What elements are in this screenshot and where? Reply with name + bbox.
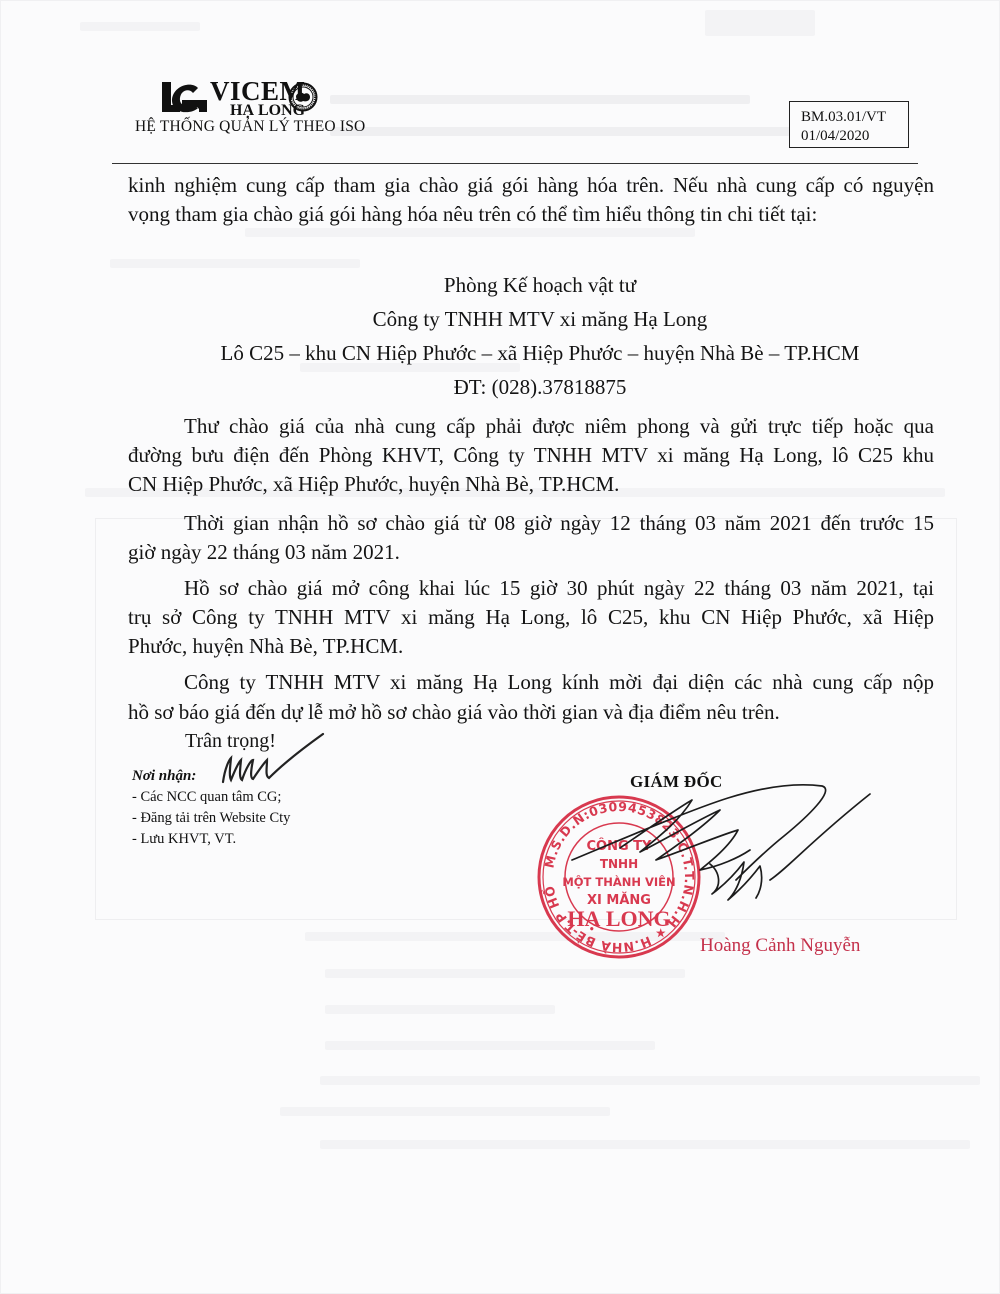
paragraph-line: Thư chào giá của nhà cung cấp phải được …	[128, 411, 934, 441]
recipient-item: - Lưu KHVT, VT.	[132, 831, 236, 848]
paragraph-line: hồ sơ báo giá đến dự lễ mở hồ sơ chào gi…	[128, 697, 934, 727]
svg-text:CÔNG TY: CÔNG TY	[587, 838, 653, 854]
scanned-letter-page: VICEM HẠ LONG HỆ THỐNG QUẢN LÝ THEO ISO …	[0, 0, 1000, 1294]
iso-seal-icon	[288, 82, 318, 112]
contact-phone: ĐT: (028).37818875	[130, 372, 950, 402]
closing-greeting: Trân trọng!	[185, 730, 276, 753]
svg-text:TNHH: TNHH	[600, 857, 638, 871]
contact-company: Công ty TNHH MTV xi măng Hạ Long	[130, 304, 950, 334]
svg-text:MỘT THÀNH VIÊN: MỘT THÀNH VIÊN	[562, 874, 675, 889]
intro-line-2: vọng tham gia chào giá gói hàng hóa nêu …	[128, 199, 934, 229]
paragraph-line: trụ sở Công ty TNHH MTV xi măng Hạ Long,…	[128, 602, 934, 632]
recipients-title: Nơi nhận:	[132, 768, 196, 785]
vicem-logo-mark-icon	[158, 78, 208, 114]
vicem-ha-long-logo: VICEM HẠ LONG	[158, 78, 318, 116]
paragraph-line: giờ ngày 22 tháng 03 năm 2021.	[128, 537, 934, 567]
form-date: 01/04/2020	[801, 127, 908, 146]
paragraph-line: Thời gian nhận hồ sơ chào giá từ 08 giờ …	[128, 508, 934, 538]
paragraph-line: Công ty TNHH MTV xi măng Hạ Long kính mờ…	[128, 667, 934, 697]
paragraph-line: đường bưu điện đến Phòng KHVT, Công ty T…	[128, 440, 934, 470]
iso-system-label: HỆ THỐNG QUẢN LÝ THEO ISO	[135, 118, 365, 136]
contact-address: Lô C25 – khu CN Hiệp Phước – xã Hiệp Phư…	[130, 338, 950, 368]
company-stamp-icon: M.S.D.N:0309453823-C.T.T.N.H.H ★ H.NHÀ B…	[536, 794, 702, 960]
intro-line-1: kinh nghiệm cung cấp tham gia chào giá g…	[128, 170, 934, 200]
recipient-item: - Đăng tải trên Website Cty	[132, 810, 290, 827]
form-code: BM.03.01/VT	[801, 108, 908, 127]
paragraph-line: CN Hiệp Phước, xã Hiệp Phước, huyện Nhà …	[128, 469, 934, 499]
paragraph-line: Hồ sơ chào giá mở công khai lúc 15 giờ 3…	[128, 573, 934, 603]
svg-text:HẠ LONG: HẠ LONG	[567, 906, 670, 931]
signatory-name: Hoàng Cảnh Nguyễn	[700, 935, 860, 957]
recipient-item: - Các NCC quan tâm CG;	[132, 789, 281, 806]
header-divider	[112, 163, 918, 164]
signatory-title: GIÁM ĐỐC	[630, 772, 723, 792]
contact-department: Phòng Kế hoạch vật tư	[130, 270, 950, 300]
paragraph-line: Phước, huyện Nhà Bè, TP.HCM.	[128, 631, 934, 661]
form-code-box: BM.03.01/VT 01/04/2020	[789, 101, 909, 148]
